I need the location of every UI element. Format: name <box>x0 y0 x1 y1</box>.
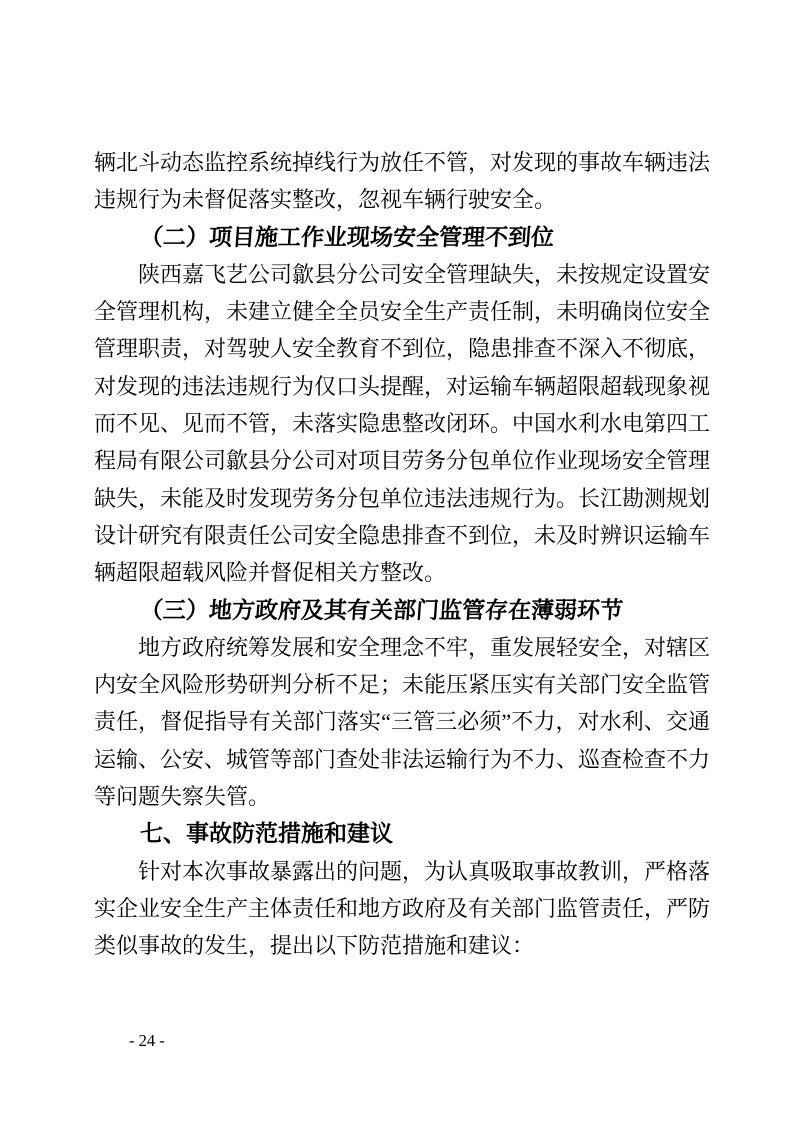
section-heading-2: （二）项目施工作业现场安全管理不到位 <box>93 219 712 256</box>
paragraph-continuation: 辆北斗动态监控系统掉线行为放任不管，对发现的事故车辆违法违规行为未督促落实整改，… <box>94 144 710 219</box>
section-heading-3: （三）地方政府及其有关部门监管存在薄弱环节 <box>93 592 712 629</box>
paragraph-recommendations-intro: 针对本次事故暴露出的问题，为认真吸取事故教训，严格落实企业安全生产主体责任和地方… <box>94 853 710 965</box>
chapter-heading-7: 七、事故防范措施和建议 <box>94 815 710 852</box>
paragraph-government-oversight: 地方政府统筹发展和安全理念不牢，重发展轻安全，对辖区内安全风险形势研判分析不足；… <box>94 629 710 815</box>
document-page: 辆北斗动态监控系统掉线行为放任不管，对发现的事故车辆违法违规行为未督促落实整改，… <box>0 0 793 1122</box>
page-number: - 24 - <box>129 1031 165 1051</box>
document-body: 辆北斗动态监控系统掉线行为放任不管，对发现的事故车辆违法违规行为未督促落实整改，… <box>94 144 710 965</box>
paragraph-site-safety: 陕西嘉飞艺公司歙县分公司安全管理缺失，未按规定设置安全管理机构，未建立健全全员安… <box>94 256 710 592</box>
